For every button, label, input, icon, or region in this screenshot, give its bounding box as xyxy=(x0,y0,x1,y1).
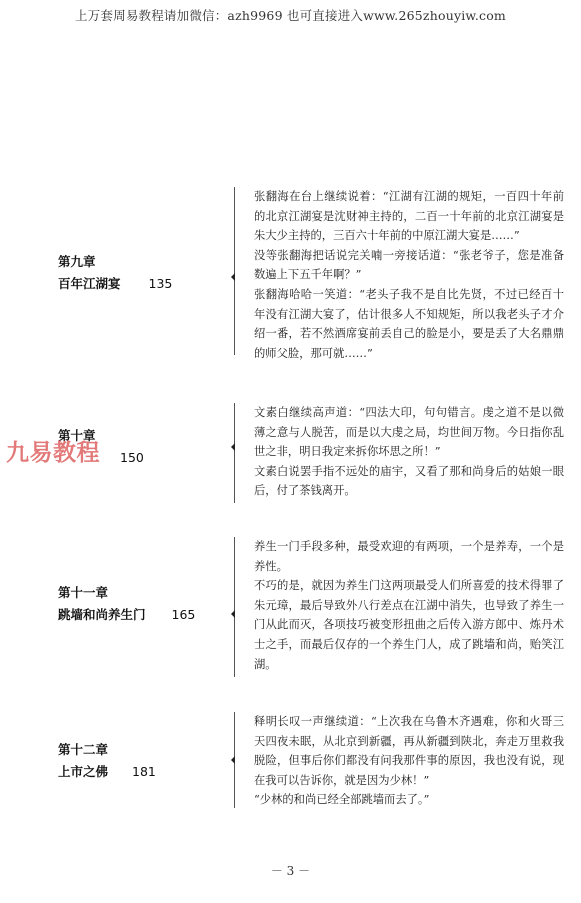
excerpt-paragraph: 文素白继续高声道：“四法大印，句句错言。虔之道不是以微薄之意与人脱苦，而是以大虔… xyxy=(254,403,564,462)
chapter-title: 跳墙和尚养生门 xyxy=(58,607,146,622)
chapter-title-row: 跳墙和尚养生门165 xyxy=(58,605,195,625)
excerpt-text: 张翻海在台上继续说着：“江湖有江湖的规矩，一百四十年前的北京江湖宴是沈财神主持的… xyxy=(254,187,564,363)
excerpt-text: 养生一门手段多种，最受欢迎的有两项，一个是养寿，一个是养性。 不巧的是，就因为养… xyxy=(254,537,564,674)
chapter-page: 150 xyxy=(120,450,144,465)
chapter-number: 第十一章 xyxy=(58,583,195,605)
arrow-marker-icon xyxy=(231,610,235,618)
chapter-title-row: 百年江湖宴135 xyxy=(58,274,172,294)
excerpt-section-chapter-11: 养生一门手段多种，最受欢迎的有两项，一个是养寿，一个是养性。 不巧的是，就因为养… xyxy=(234,537,564,677)
chapter-page: 165 xyxy=(172,607,196,622)
excerpt-section-chapter-9: 张翻海在台上继续说着：“江湖有江湖的规矩，一百四十年前的北京江湖宴是沈财神主持的… xyxy=(234,187,564,355)
excerpt-paragraph: 张翻海在台上继续说着：“江湖有江湖的规矩，一百四十年前的北京江湖宴是沈财神主持的… xyxy=(254,187,564,246)
arrow-marker-icon xyxy=(231,273,235,281)
chapter-page: 181 xyxy=(132,764,156,779)
watermark-logo: 九易教程 xyxy=(6,434,100,467)
toc-entry-chapter-11: 第十一章 跳墙和尚养生门165 xyxy=(58,583,195,625)
toc-entry-chapter-12: 第十二章 上市之佛181 xyxy=(58,740,156,782)
excerpt-paragraph: 释明长叹一声继续道：“上次我在乌鲁木齐遇难，你和火哥三天四夜未眠，从北京到新疆，… xyxy=(254,712,564,790)
page-number: － 3 － xyxy=(0,862,581,879)
chapter-number: 第九章 xyxy=(58,252,172,274)
toc-entry-chapter-9: 第九章 百年江湖宴135 xyxy=(58,252,172,294)
chapter-number: 第十二章 xyxy=(58,740,156,762)
excerpt-paragraph: 不巧的是，就因为养生门这两项最受人们所喜爱的技术得罪了朱元璋，最后导致外八行差点… xyxy=(254,576,564,674)
excerpt-paragraph: 养生一门手段多种，最受欢迎的有两项，一个是养寿，一个是养性。 xyxy=(254,537,564,576)
excerpt-paragraph: 没等张翻海把话说完关喃一旁接话道：“张老爷子，您是准备数遍上下五千年啊？” xyxy=(254,246,564,285)
divider-line xyxy=(234,403,235,503)
excerpt-text: 释明长叹一声继续道：“上次我在乌鲁木齐遇难，你和火哥三天四夜未眠，从北京到新疆，… xyxy=(254,712,564,810)
arrow-marker-icon xyxy=(231,443,235,451)
chapter-title-row: 上市之佛181 xyxy=(58,762,156,782)
chapter-title: 上市之佛 xyxy=(58,764,108,779)
chapter-title: 百年江湖宴 xyxy=(58,276,121,291)
chapter-page: 135 xyxy=(149,276,173,291)
divider-line xyxy=(234,537,235,677)
excerpt-paragraph: “少林的和尚已经全部跳墙而去了。” xyxy=(254,790,564,810)
divider-line xyxy=(234,187,235,355)
header-watermark: 上万套周易教程请加微信：azh9969 也可直接进入www.265zhouyiw… xyxy=(0,6,581,24)
excerpt-section-chapter-10: 文素白继续高声道：“四法大印，句句错言。虔之道不是以微薄之意与人脱苦，而是以大虔… xyxy=(234,403,564,503)
excerpt-section-chapter-12: 释明长叹一声继续道：“上次我在乌鲁木齐遇难，你和火哥三天四夜未眠，从北京到新疆，… xyxy=(234,712,564,808)
excerpt-paragraph: 张翻海哈哈一笑道：“老头子我不是自比先贤，不过已经百十年没有江湖大宴了，估计很多… xyxy=(254,285,564,363)
excerpt-text: 文素白继续高声道：“四法大印，句句错言。虔之道不是以微薄之意与人脱苦，而是以大虔… xyxy=(254,403,564,501)
excerpt-paragraph: 文素白说罢手指不远处的庙宇，又看了那和尚身后的姑娘一眼后，付了茶钱离开。 xyxy=(254,462,564,501)
arrow-marker-icon xyxy=(231,756,235,764)
